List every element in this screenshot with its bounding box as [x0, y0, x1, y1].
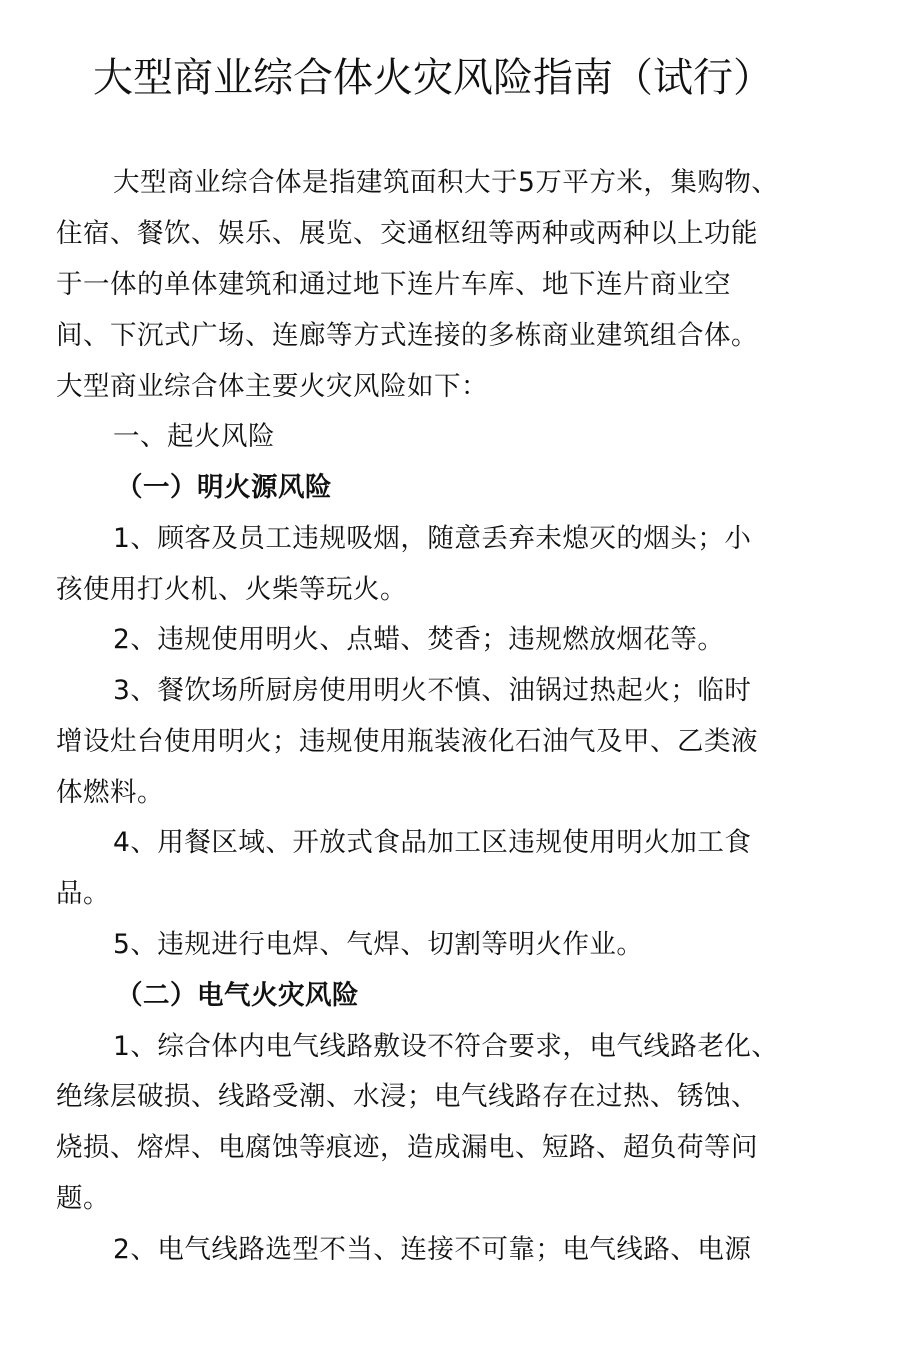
paragraph-intro-line-2: 住宿、餐饮、娱乐、展览、交通枢纽等两种或两种以上功能 — [56, 216, 758, 252]
elec-item-1-line-1: 1、综合体内电气线路敷设不符合要求，电气线路老化、 — [113, 1029, 778, 1065]
elec-item-2-line-1: 2、电气线路选型不当、连接不可靠；电气线路、电源 — [113, 1232, 751, 1268]
item-1-line-1: 1、顾客及员工违规吸烟，随意丢弃未熄灭的烟头；小 — [113, 521, 751, 557]
paragraph-intro-line-1: 大型商业综合体是指建筑面积大于5万平方米，集购物、 — [113, 165, 778, 201]
paragraph-intro-line-3: 于一体的单体建筑和通过地下连片车库、地下连片商业空 — [56, 267, 731, 303]
paragraph-intro-line-4: 间、下沉式广场、连廊等方式连接的多栋商业建筑组合体。 — [56, 318, 758, 354]
item-3-line-2: 增设灶台使用明火；违规使用瓶装液化石油气及甲、乙类液 — [56, 724, 758, 760]
elec-item-1-line-4: 题。 — [56, 1181, 110, 1217]
item-3-line-3: 体燃料。 — [56, 775, 164, 811]
subsection-heading-electrical: （二）电气火灾风险 — [116, 978, 359, 1014]
elec-item-1-line-2: 绝缘层破损、线路受潮、水浸；电气线路存在过热、锈蚀、 — [56, 1079, 758, 1115]
item-4-line-2: 品。 — [56, 876, 110, 912]
paragraph-intro-line-5: 大型商业综合体主要火灾风险如下： — [56, 369, 488, 405]
item-5-line-1: 5、违规进行电焊、气焊、切割等明火作业。 — [113, 927, 643, 963]
document-title: 大型商业综合体火灾风险指南（试行） — [93, 50, 773, 106]
elec-item-1-line-3: 烧损、熔焊、电腐蚀等痕迹，造成漏电、短路、超负荷等问 — [56, 1130, 758, 1166]
section-heading-fire-ignition: 一、起火风险 — [113, 419, 275, 455]
item-3-line-1: 3、餐饮场所厨房使用明火不慎、油锅过热起火；临时 — [113, 673, 751, 709]
item-2-line-1: 2、违规使用明火、点蜡、焚香；违规燃放烟花等。 — [113, 622, 724, 658]
subsection-heading-open-flame: （一）明火源风险 — [116, 470, 332, 506]
item-1-line-2: 孩使用打火机、火柴等玩火。 — [56, 572, 407, 608]
item-4-line-1: 4、用餐区域、开放式食品加工区违规使用明火加工食 — [113, 825, 751, 861]
